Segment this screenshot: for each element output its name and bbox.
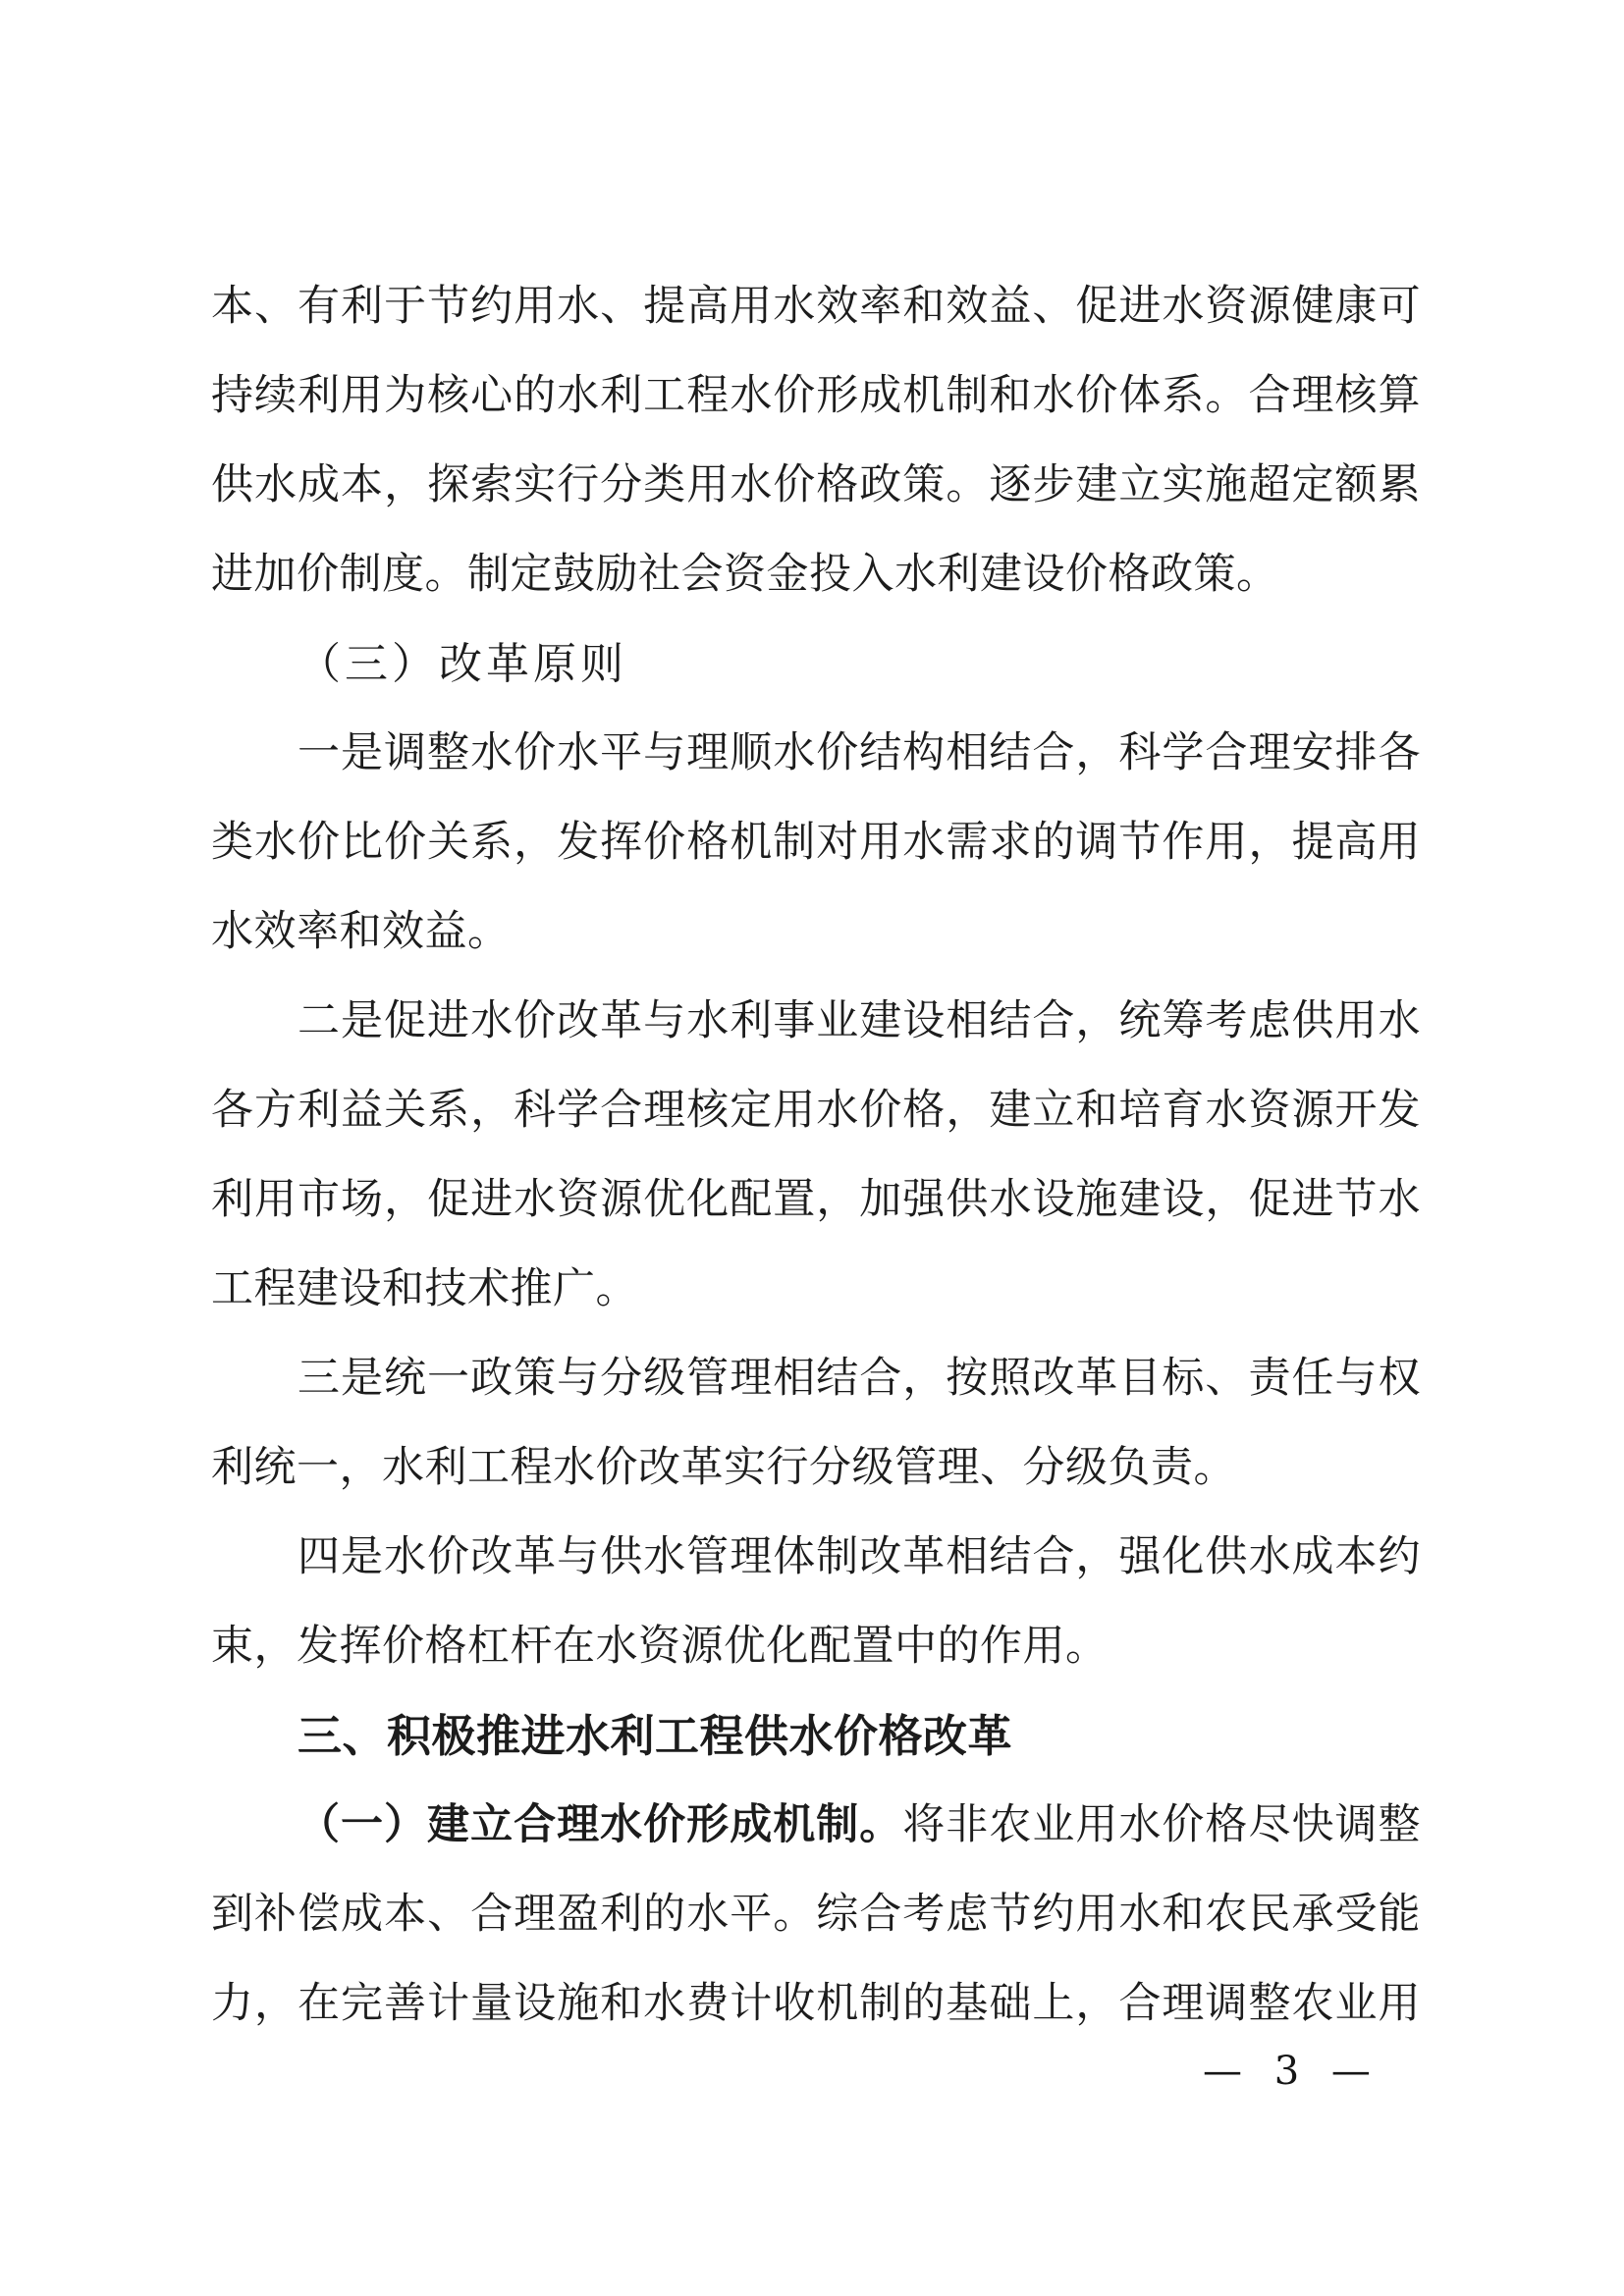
paragraph-lead-bold: （一）建立合理水价形成机制。 xyxy=(298,1800,902,1849)
body-text-line: 束，发挥价格杠杆在水资源优化配置中的作用。 xyxy=(211,1602,1421,1691)
document-page: 本、有利于节约用水、提高用水效率和效益、促进水资源健康可 持续利用为核心的水利工… xyxy=(0,0,1624,2296)
body-text-line: 利统一，水利工程水价改革实行分级管理、分级负责。 xyxy=(211,1423,1421,1513)
body-text-line: 供水成本，探索实行分类用水价格政策。逐步建立实施超定额累 xyxy=(211,441,1421,530)
body-text-line: 持续利用为核心的水利工程水价形成机制和水价体系。合理核算 xyxy=(211,351,1421,441)
subsection-heading-reform-principles: （三）改革原则 xyxy=(211,619,1421,709)
section-heading-promote-water-price-reform: 三、积极推进水利工程供水价格改革 xyxy=(211,1691,1421,1781)
body-text-line: 一是调整水价水平与理顺水价结构相结合，科学合理安排各 xyxy=(211,709,1421,798)
page-number: — 3 — xyxy=(1203,2042,1399,2101)
body-text-line: 三是统一政策与分级管理相结合，按照改革目标、责任与权 xyxy=(211,1334,1421,1423)
body-text-line: 本、有利于节约用水、提高用水效率和效益、促进水资源健康可 xyxy=(211,262,1421,351)
body-text-line: 到补偿成本、合理盈利的水平。综合考虑节约用水和农民承受能 xyxy=(211,1870,1421,1959)
paragraph-lead-rest: 将非农业用水价格尽快调整 xyxy=(902,1800,1421,1849)
body-text-line: 力，在完善计量设施和水费计收机制的基础上，合理调整农业用 xyxy=(211,1959,1421,2049)
document-body: 本、有利于节约用水、提高用水效率和效益、促进水资源健康可 持续利用为核心的水利工… xyxy=(211,262,1421,2049)
body-text-line: （一）建立合理水价形成机制。将非农业用水价格尽快调整 xyxy=(211,1781,1421,1870)
body-text-line: 二是促进水价改革与水利事业建设相结合，统筹考虑供用水 xyxy=(211,977,1421,1066)
body-text-line: 类水价比价关系，发挥价格机制对用水需求的调节作用，提高用 xyxy=(211,798,1421,887)
body-text-line: 利用市场，促进水资源优化配置，加强供水设施建设，促进节水 xyxy=(211,1155,1421,1245)
body-text-line: 各方利益关系，科学合理核定用水价格，建立和培育水资源开发 xyxy=(211,1066,1421,1155)
body-text-line: 水效率和效益。 xyxy=(211,887,1421,977)
body-text-line: 工程建设和技术推广。 xyxy=(211,1245,1421,1334)
body-text-line: 四是水价改革与供水管理体制改革相结合，强化供水成本约 xyxy=(211,1513,1421,1602)
body-text-line: 进加价制度。制定鼓励社会资金投入水利建设价格政策。 xyxy=(211,530,1421,619)
